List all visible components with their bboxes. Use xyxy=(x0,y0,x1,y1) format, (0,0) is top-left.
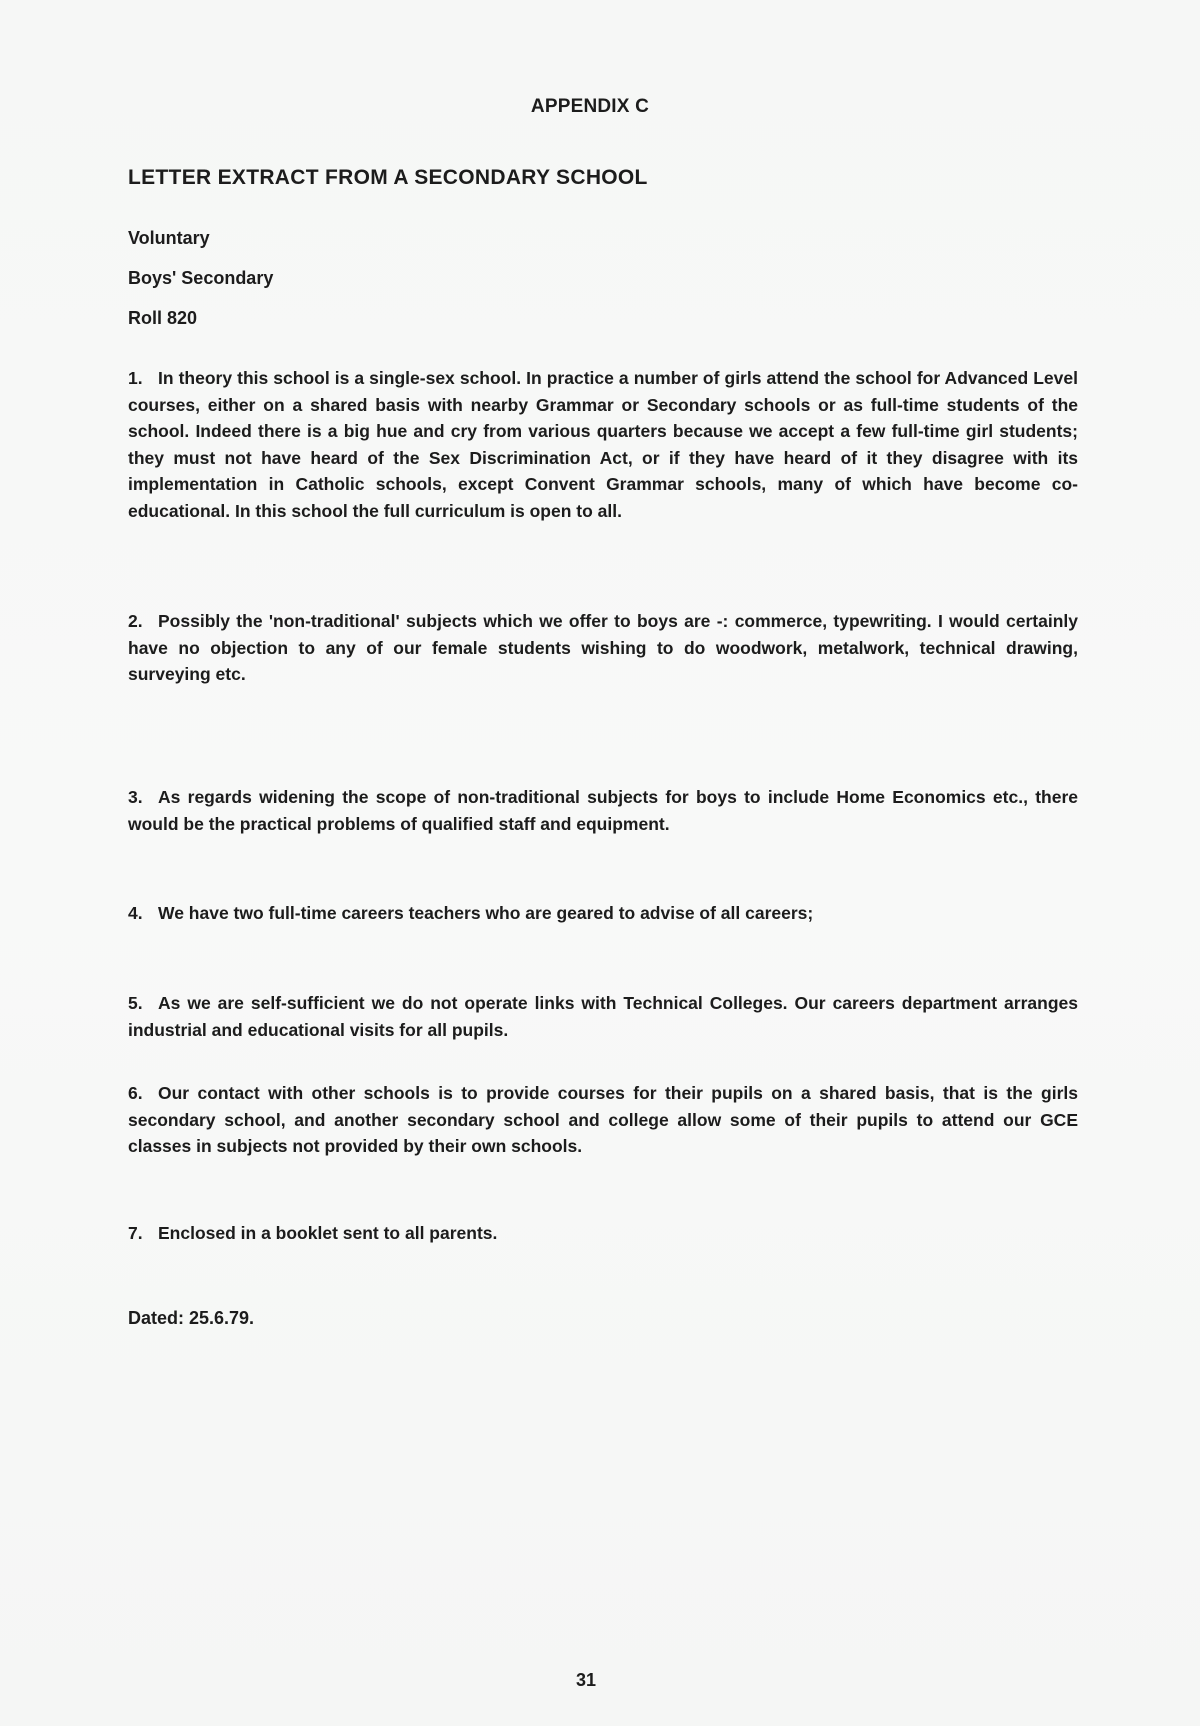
school-type: Voluntary xyxy=(128,228,210,249)
paragraph-4: 4.We have two full-time careers teachers… xyxy=(128,900,1078,927)
paragraph-text: Enclosed in a booklet sent to all parent… xyxy=(158,1223,497,1243)
paragraph-number: 2. xyxy=(128,608,158,635)
paragraph-text: As regards widening the scope of non-tra… xyxy=(128,787,1078,834)
paragraph-number: 7. xyxy=(128,1220,158,1247)
document-page: APPENDIX C LETTER EXTRACT FROM A SECONDA… xyxy=(0,0,1200,1726)
paragraph-text: Our contact with other schools is to pro… xyxy=(128,1083,1078,1156)
paragraph-text: As we are self-sufficient we do not oper… xyxy=(128,993,1078,1040)
paragraph-7: 7.Enclosed in a booklet sent to all pare… xyxy=(128,1220,1078,1247)
paragraph-number: 6. xyxy=(128,1080,158,1107)
paragraph-1: 1.In theory this school is a single-sex … xyxy=(128,365,1078,524)
paragraph-2: 2.Possibly the 'non-traditional' subject… xyxy=(128,608,1078,688)
letter-title: LETTER EXTRACT FROM A SECONDARY SCHOOL xyxy=(128,166,648,190)
paragraph-number: 1. xyxy=(128,365,158,392)
paragraph-6: 6.Our contact with other schools is to p… xyxy=(128,1080,1078,1160)
page-number: 31 xyxy=(0,1670,1186,1691)
paragraph-number: 5. xyxy=(128,990,158,1017)
paragraph-5: 5.As we are self-sufficient we do not op… xyxy=(128,990,1078,1043)
paragraph-number: 3. xyxy=(128,784,158,811)
paragraph-text: Possibly the 'non-traditional' subjects … xyxy=(128,611,1078,684)
paragraph-number: 4. xyxy=(128,900,158,927)
school-category: Boys' Secondary xyxy=(128,268,273,289)
appendix-title: APPENDIX C xyxy=(0,96,1190,118)
paragraph-text: We have two full-time careers teachers w… xyxy=(158,903,813,923)
paragraph-text: In theory this school is a single-sex sc… xyxy=(128,368,1078,521)
school-roll: Roll 820 xyxy=(128,308,197,329)
date-line: Dated: 25.6.79. xyxy=(128,1308,254,1329)
paragraph-3: 3.As regards widening the scope of non-t… xyxy=(128,784,1078,837)
